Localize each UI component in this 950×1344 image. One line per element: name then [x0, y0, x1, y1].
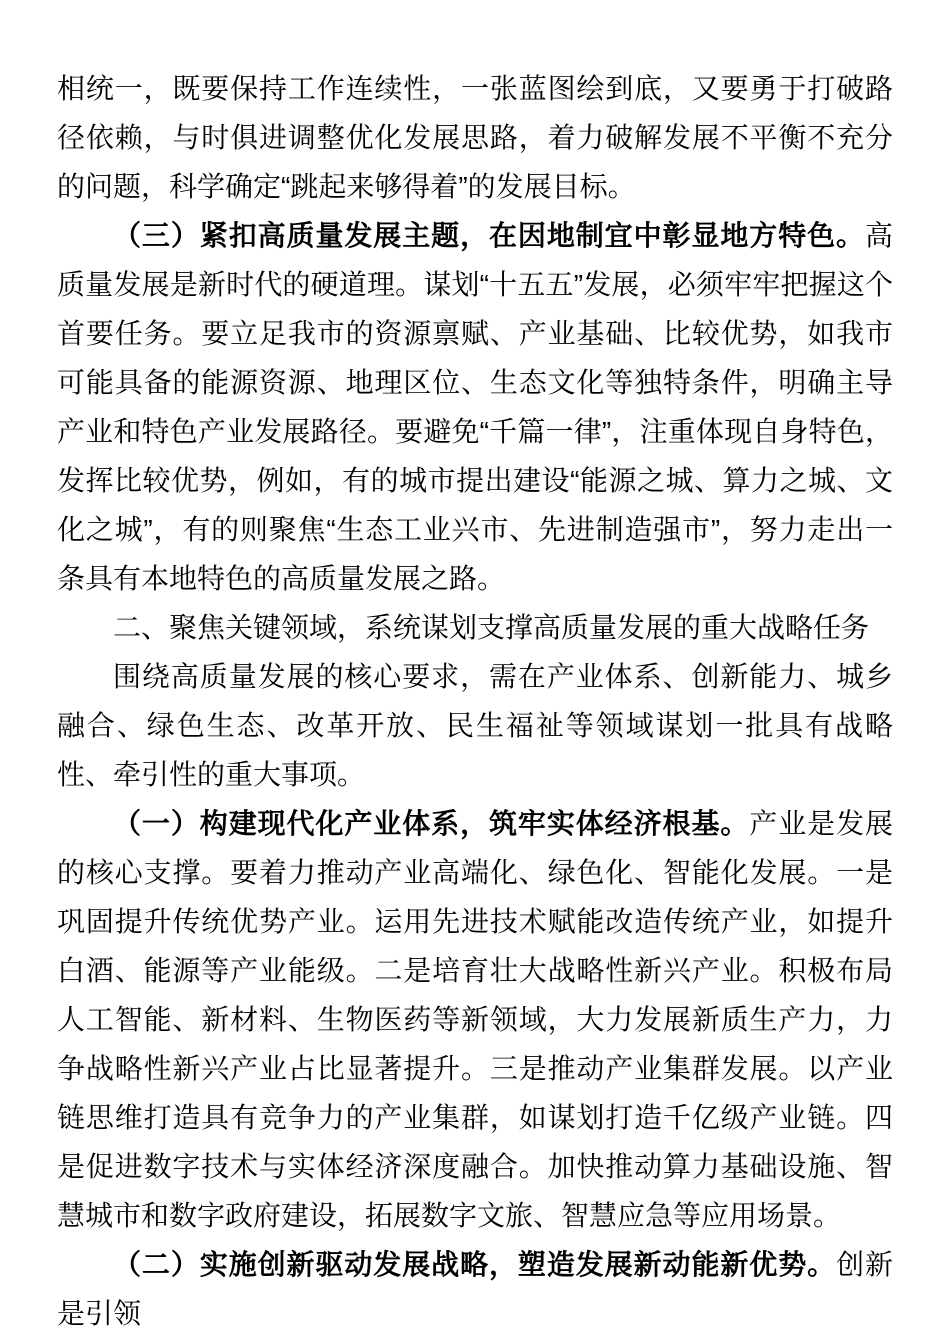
- paragraph-section-1: （一）构建现代化产业体系，筑牢实体经济根基。产业是发展的核心支撑。要着力推动产业…: [57, 799, 893, 1240]
- heading-part-2: 二、聚焦关键领域，系统谋划支撑高质量发展的重大战略任务: [57, 603, 893, 652]
- heading-lead-section-3: （三）紧扣高质量发展主题，在因地制宜中彰显地方特色。: [113, 220, 865, 251]
- paragraph-text: 高质量发展是新时代的硬道理。谋划“十五五”发展，必须牢牢把握这个首要任务。要立足…: [57, 220, 893, 594]
- paragraph-section-2: （二）实施创新驱动发展战略，塑造发展新动能新优势。创新是引领: [57, 1240, 893, 1338]
- heading-text: 二、聚焦关键领域，系统谋划支撑高质量发展的重大战略任务: [113, 612, 869, 643]
- heading-lead-section-1: （一）构建现代化产业体系，筑牢实体经济根基。: [113, 808, 749, 839]
- paragraph-text: 围绕高质量发展的核心要求，需在产业体系、创新能力、城乡融合、绿色生态、改革开放、…: [57, 661, 893, 790]
- paragraph-text: 相统一，既要保持工作连续性，一张蓝图绘到底，又要勇于打破路径依赖，与时俱进调整优…: [57, 73, 893, 202]
- paragraph-overview: 围绕高质量发展的核心要求，需在产业体系、创新能力、城乡融合、绿色生态、改革开放、…: [57, 652, 893, 799]
- paragraph-continuation: 相统一，既要保持工作连续性，一张蓝图绘到底，又要勇于打破路径依赖，与时俱进调整优…: [57, 64, 893, 211]
- document-page: 相统一，既要保持工作连续性，一张蓝图绘到底，又要勇于打破路径依赖，与时俱进调整优…: [0, 0, 950, 1344]
- heading-lead-section-2: （二）实施创新驱动发展战略，塑造发展新动能新优势。: [113, 1249, 836, 1280]
- paragraph-text: 产业是发展的核心支撑。要着力推动产业高端化、绿色化、智能化发展。一是巩固提升传统…: [57, 808, 893, 1231]
- paragraph-section-3: （三）紧扣高质量发展主题，在因地制宜中彰显地方特色。高质量发展是新时代的硬道理。…: [57, 211, 893, 603]
